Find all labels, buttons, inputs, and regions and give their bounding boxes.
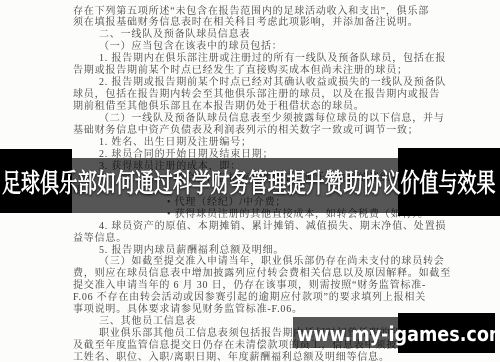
document-text-line: 三、其他员工信息表 <box>99 316 196 327</box>
watermark-text: www.my-igames.com <box>297 324 500 344</box>
document-text-line: （二）一线队及预备队球员信息表至少须披露每位球员的以下信息，并与 <box>99 113 445 124</box>
document-text-line: （三）如截至提交准入申请当年，职业俱乐部仍存在尚未支付的球员转会 <box>99 256 445 267</box>
headline-text: 足球俱乐部如何通过科学财务管理提升赞助协议价值与效果 <box>2 170 495 198</box>
screenshot-root: 存在下列第五项所述“未包含在报告范围内的足球活动收入和支出”，俱乐部须在填报基础… <box>0 0 500 362</box>
document-text-line: 球员，包括在报告期内转会至其他俱乐部注册的球员，以及在报告期内或报告 <box>73 89 440 100</box>
document-text-line: 费，则应在球员信息表中增加披露列应付转会费相关信息以及原因解释。如截至 <box>73 268 451 279</box>
document-text-line: 4. 球员资产的原值、本期摊销、累计摊销、减值损失、期末净值、处置损 <box>99 221 446 232</box>
document-text-line: 2. 报告期或报告期前某个时点已经对其确认收益或损失的一线队及预备队 <box>99 77 446 88</box>
document-text-line: 事项说明。具体要求请参见财务监管标准-F.06。 <box>73 304 303 315</box>
document-text-line: 须在填报基础财务信息表时在相关科目考虑此项影响，并添加备注说明。 <box>73 17 419 28</box>
document-text-line: 益等信息。 <box>73 233 127 244</box>
document-text-line: 期前租借至其他俱乐部且在本报告期仍处于租借状态的球员。 <box>73 101 365 112</box>
document-text-line: 5. 报告期内球员薪酬福利总额及明细。 <box>99 245 284 256</box>
document-text-line: 1. 姓名、出生日期及注册编号； <box>99 137 252 148</box>
document-text-line: 提交准入申请当年的 6 月 30 日，仍存在该事项，则需按照“财务监管标准- <box>73 280 426 291</box>
document-text-line: 二、一线队及预备队球员信息表 <box>99 29 250 40</box>
document-text-line: F.06 不存在由转会活动或因参赛引起的逾期应付款项”的要求填列上报相关 <box>73 292 426 303</box>
document-text-line: 基础财务信息中资产负债表及利润表列示的相关数字一致或可调节一致； <box>73 125 419 136</box>
document-text-line: 工姓名、职位、入职/离职日期、年度薪酬福利总额及明细等信息。 <box>73 352 390 362</box>
document-text-line: （一）应当包含在该表中的球员包括： <box>99 41 283 52</box>
document-text-line: 告期或报告期前某个时点已经发生了直接购买成本但尚未注册的球员； <box>73 65 408 76</box>
document-text-line: 1. 报告期内在俱乐部注册或注册过的所有一线队及预备队球员，包括在报 <box>99 53 446 64</box>
document-text-line: 存在下列第五项所述“未包含在报告范围内的足球活动收入和支出”，俱乐部 <box>73 6 429 17</box>
